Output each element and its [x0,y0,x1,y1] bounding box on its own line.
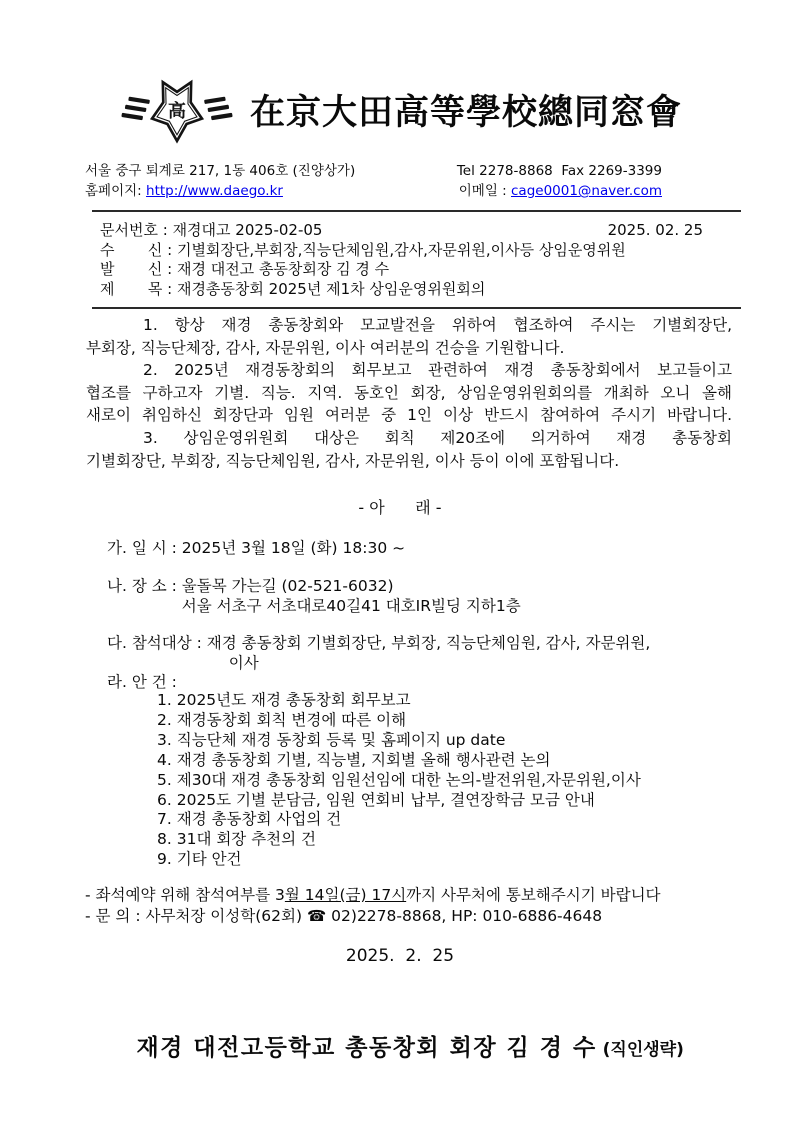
email-line: 이메일 : cage0001@naver.com [459,181,662,201]
letter-body: 1. 항상 재경 총동창회와 모교발전을 위하여 협조하여 주시는 기별회장단,… [86,314,732,472]
agenda-item: 4. 재경 총동창회 기별, 직능별, 지회별 올해 행사관련 논의 [157,751,641,771]
stamp-omitted-note: (직인생략) [597,1040,684,1060]
organization-name: 在京大田高等學校總同窓會 [250,85,682,135]
doc-number-row: 문서번호 : 재경대고 2025-02-05 2025. 02. 25 [100,221,741,241]
subject-row: 제 목 : 재경총동창회 2025년 제1차 상임운영위원회의 [100,280,741,300]
document-page: 高 在京大田高等學校總同窓會 서울 중구 퇴계로 217, 1동 406호 (진… [0,0,800,1132]
meta-divider [92,307,741,309]
agenda-item: 5. 제30대 재경 총동창회 임원선임에 대한 논의-발전위원,자문위원,이사 [157,771,641,791]
subject-label: 제 목 [100,280,162,300]
inquiry-note: - 문 의 : 사무처장 이성학(62회) ☎ 02)2278-8868, HP… [85,906,661,927]
email-link[interactable]: cage0001@naver.com [511,183,662,199]
recipient-value: 기별회장단,부회장,직능단체임원,감사,자문위원,이사등 상임운영위원 [177,241,626,261]
rsvp-note: - 좌석예약 위해 참석여부를 3월 14일(금) 17시까지 사무처에 통보해… [85,885,661,906]
recipient-label: 수 신 [100,241,162,261]
body-line: 새로이 취임하신 회장단과 임원 여러분 중 1인 이상 반드시 참여하여 주시… [86,404,732,427]
place-line: 서울 서초구 서초대로40길41 대호IR빌딩 지하1층 [182,596,521,616]
sender-row: 발 신 : 재경 대전고 총동창회장 김 경 수 [100,260,741,280]
alumni-badge-logo-icon: 高 [112,70,242,150]
agenda-list: 1. 2025년도 재경 총동창회 회무보고 2. 재경동창회 회칙 변경에 따… [157,691,641,870]
phone-icon: ☎ [307,907,326,925]
subject-value: 재경총동창회 2025년 제1차 상임운영위원회의 [177,280,485,300]
body-line: 협조를 구하고자 기별. 직능. 지역. 동호인 회장, 상임운영위원회의를 개… [86,382,732,405]
section-attendees-value: 재경 총동창회 기별회장단, 부회장, 직능단체임원, 감사, 자문위원, 이사 [207,633,651,673]
section-place-value: 울돌목 가는길 (02-521-6032) 서울 서초구 서초대로40길41 대… [182,576,521,616]
body-line: 2. 2025년 재경동창회의 회무보고 관련하여 재경 총동창회에서 보고들이… [86,359,732,382]
section-date: 가. 일 시 : 2025년 3월 18일 (화) 18:30 ~ [107,538,405,558]
section-agenda: 라. 안 건 : [107,672,177,692]
contact-block: 서울 중구 퇴계로 217, 1동 406호 (진양상가) Tel 2278-8… [85,161,662,201]
homepage-link[interactable]: http://www.daego.kr [146,183,283,199]
signature-name: 재경 대전고등학교 총동창회 회장 김 경 수 [136,1035,596,1061]
body-line: 1. 항상 재경 총동창회와 모교발전을 위하여 협조하여 주시는 기별회장단, [86,314,732,337]
recipient-row: 수 신 : 기별회장단,부회장,직능단체임원,감사,자문위원,이사등 상임운영위… [100,241,741,261]
footer-notes: - 좌석예약 위해 참석여부를 3월 14일(금) 17시까지 사무처에 통보해… [85,885,661,926]
agenda-item: 7. 재경 총동창회 사업의 건 [157,810,641,830]
right-wing-bars-icon [204,96,233,121]
body-line: 기별회장단, 부회장, 직능단체임원, 감사, 자문위원, 이사 등이 이에 포… [86,450,732,473]
email-label: 이메일 : [459,183,511,199]
agenda-item: 1. 2025년도 재경 총동창회 회무보고 [157,691,641,711]
tel-fax-text: Tel 2278-8868 Fax 2269-3399 [457,161,662,181]
left-wing-bars-icon [121,96,150,121]
section-place: 나. 장 소 : 울돌목 가는길 (02-521-6032) 서울 서초구 서초… [107,576,521,616]
sender-label: 발 신 [100,260,162,280]
badge-letter: 高 [168,100,186,122]
section-date-label: 가. 일 시 : [107,538,182,558]
attendees-line: 이사 [207,653,651,673]
agenda-item: 3. 직능단체 재경 동창회 등록 및 홈페이지 up date [157,731,641,751]
agenda-item: 2. 재경동창회 회칙 변경에 따른 이해 [157,711,641,731]
agenda-item: 6. 2025도 기별 분담금, 임원 연회비 납부, 결연장학금 모금 안내 [157,791,641,811]
doc-date: 2025. 02. 25 [608,221,703,241]
signature-line: 재경 대전고등학교 총동창회 회장 김 경 수 (직인생략) [0,1010,800,1081]
homepage-line: 홈페이지: http://www.daego.kr [85,181,283,201]
body-line: 부회장, 직능단체장, 감사, 자문위원, 이사 여러분의 건승을 기원합니다. [86,337,732,360]
header-divider [92,210,741,212]
section-attendees: 다. 참석대상 : 재경 총동창회 기별회장단, 부회장, 직능단체임원, 감사… [107,633,650,673]
sender-value: 재경 대전고 총동창회장 김 경 수 [177,260,389,280]
section-agenda-label: 라. 안 건 : [107,672,177,692]
place-line: 울돌목 가는길 (02-521-6032) [182,576,521,596]
agenda-item: 8. 31대 회장 추천의 건 [157,830,641,850]
letterhead: 高 在京大田高等學校總同窓會 [112,70,682,150]
attendees-line: 재경 총동창회 기별회장단, 부회장, 직능단체임원, 감사, 자문위원, [207,633,651,653]
below-heading: - 아 래 - [0,495,800,518]
homepage-label: 홈페이지: [85,183,146,199]
agenda-item: 9. 기타 안건 [157,850,641,870]
doc-number: 문서번호 : 재경대고 2025-02-05 [100,221,322,241]
body-line: 3. 상임운영위원회 대상은 회칙 제20조에 의거하여 재경 총동창회 [86,427,732,450]
section-date-value: 2025년 3월 18일 (화) 18:30 ~ [182,538,405,558]
document-meta: 문서번호 : 재경대고 2025-02-05 2025. 02. 25 수 신 … [100,221,741,299]
section-attendees-label: 다. 참석대상 : [107,633,207,673]
address-text: 서울 중구 퇴계로 217, 1동 406호 (진양상가) [85,161,355,181]
rsvp-deadline: 월 14일(금) 17시 [285,886,406,904]
section-place-label: 나. 장 소 : [107,576,182,616]
issue-date: 2025. 2. 25 [0,946,800,966]
